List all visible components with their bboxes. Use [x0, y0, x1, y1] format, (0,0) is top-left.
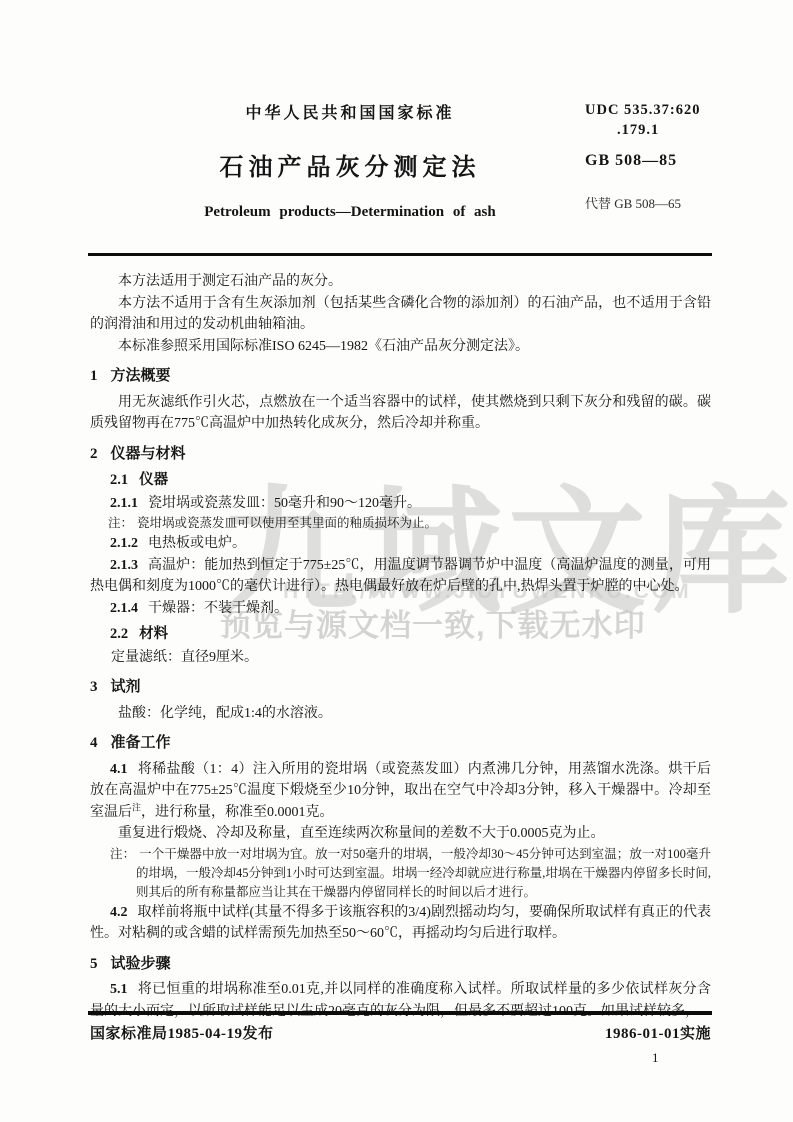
intro-paragraph-2: 本方法不适用于含有生灰添加剂（包括某些含磷化合物的添加剂）的石油产品，也不适用于… [90, 293, 711, 336]
document-body: 本方法适用于测定石油产品的灰分。 本方法不适用于含有生灰添加剂（包括某些含磷化合… [90, 271, 711, 1022]
section-1-heading: 1方法概要 [90, 366, 711, 388]
clause-4-2-text: 取样前将瓶中试样(其量不得多于该瓶容积的3/4)剧烈摇动均匀，要确保所取试样有真… [90, 905, 711, 942]
clause-4-1-note: 注：一个干燥器中放一对坩埚为宜。放一对50毫升的坩埚，一般冷却30～45分钟可达… [90, 845, 711, 902]
section-2-number: 2 [90, 446, 98, 462]
clause-5-1-number: 5.1 [110, 982, 128, 997]
clause-2-1-1-number: 2.1.1 [110, 496, 138, 511]
section-1-title: 方法概要 [111, 368, 171, 384]
clause-4-1: 4.1将稀盐酸（1：4）注入所用的瓷坩埚（或瓷蒸发皿）内煮沸几分钟，用蒸馏水洗涤… [90, 759, 711, 824]
national-standard-label: 中华人民共和国国家标准 [90, 100, 610, 123]
clause-2-1-1-text: 瓷坩埚或瓷蒸发皿：50毫升和90～120毫升。 [148, 496, 421, 511]
section-5-title: 试验步骤 [111, 956, 171, 972]
header-divider-rule [88, 253, 712, 256]
header-title-block: 中华人民共和国国家标准 石油产品灰分测定法 Petroleum products… [90, 100, 610, 221]
section-3-number: 3 [90, 679, 98, 695]
document-page: 九域文库 HTTP://WWW.JIUYUWENKU.COM 预览与源文档一致,… [0, 0, 793, 1122]
section-3-title: 试剂 [111, 679, 141, 695]
udc-code-line2: .179.1 [585, 122, 735, 139]
section-1-paragraph: 用无灰滤纸作引火芯，点燃放在一个适当容器中的试样，使其燃烧到只剩下灰分和残留的碳… [90, 392, 711, 435]
document-title: 石油产品灰分测定法 [90, 147, 610, 182]
section-2-heading: 2仪器与材料 [90, 444, 711, 466]
footer-divider-rule [88, 1011, 712, 1015]
clause-2-1-4-text: 干燥器：不装干燥剂。 [148, 601, 288, 616]
clause-2-1-2-text: 电热板或电炉。 [148, 536, 246, 551]
section-2-title: 仪器与材料 [111, 446, 186, 462]
clause-4-1-note-reference: 注 [132, 802, 141, 812]
clause-2-1-1-note: 注：瓷坩埚或瓷蒸发皿可以使用至其里面的釉质损坏为止。 [90, 514, 711, 533]
section-2-1-heading: 2.1仪器 [90, 470, 711, 492]
clause-4-1-repeat-paragraph: 重复进行煅烧、冷却及称量，直至连续两次称量间的差数不大于0.0005克为止。 [90, 823, 711, 845]
page-number: 1 [652, 1050, 659, 1066]
clause-2-1-3-number: 2.1.3 [110, 558, 138, 573]
note-label: 注： [110, 847, 135, 861]
section-4-number: 4 [90, 735, 98, 751]
intro-paragraph-3: 本标准参照采用国际标准ISO 6245—1982《石油产品灰分测定法》。 [90, 336, 711, 358]
implementation-date: 1986-01-01实施 [605, 1022, 711, 1043]
document-footer: 国家标准局1985-04-19发布 1986-01-01实施 [90, 1022, 711, 1043]
section-2-2-paragraph: 定量滤纸：直径9厘米。 [90, 647, 711, 669]
udc-code-line1: UDC 535.37:620 [585, 102, 735, 119]
note-text: 一个干燥器中放一对坩埚为宜。放一对50毫升的坩埚，一般冷却30～45分钟可达到室… [136, 847, 711, 899]
clause-2-1-4-number: 2.1.4 [110, 601, 138, 616]
clause-2-1-2-number: 2.1.2 [110, 536, 138, 551]
clause-2-1-2: 2.1.2电热板或电炉。 [90, 533, 711, 555]
section-2-1-title: 仪器 [139, 472, 168, 488]
clause-2-1-1: 2.1.1瓷坩埚或瓷蒸发皿：50毫升和90～120毫升。 [90, 493, 711, 515]
document-title-english: Petroleum products—Determination of ash [90, 204, 610, 221]
section-3-paragraph: 盐酸：化学纯，配成1:4的水溶液。 [90, 703, 711, 725]
section-2-1-number: 2.1 [110, 472, 128, 488]
clause-4-1-number: 4.1 [110, 762, 128, 777]
clause-2-1-3-text: 高温炉：能加热到恒定于775±25℃，用温度调节器调节炉中温度（高温炉温度的测量… [90, 558, 711, 595]
replaces-standard-note: 代替 GB 508—65 [585, 193, 735, 212]
note-label: 注： [108, 516, 133, 530]
intro-paragraph-1: 本方法适用于测定石油产品的灰分。 [90, 271, 711, 293]
section-2-2-heading: 2.2材料 [90, 624, 711, 646]
section-2-2-number: 2.2 [110, 626, 128, 642]
section-1-number: 1 [90, 368, 98, 384]
section-4-title: 准备工作 [111, 735, 171, 751]
section-4-heading: 4准备工作 [90, 733, 711, 755]
issue-date: 国家标准局1985-04-19发布 [90, 1022, 274, 1043]
section-3-heading: 3试剂 [90, 677, 711, 699]
note-text: 瓷坩埚或瓷蒸发皿可以使用至其里面的釉质损坏为止。 [137, 516, 437, 530]
clause-2-1-3: 2.1.3高温炉：能加热到恒定于775±25℃，用温度调节器调节炉中温度（高温炉… [90, 555, 711, 598]
clause-4-1-text-part2: ，进行称量，称准至0.0001克。 [141, 805, 334, 820]
clause-5-1: 5.1将已恒重的坩埚称准至0.01克,并以同样的准确度称入试样。所取试样量的多少… [90, 979, 711, 1022]
clause-4-2-number: 4.2 [110, 905, 128, 920]
clause-4-2: 4.2取样前将瓶中试样(其量不得多于该瓶容积的3/4)剧烈摇动均匀，要确保所取试… [90, 902, 711, 945]
section-5-heading: 5试验步骤 [90, 954, 711, 976]
header-code-block: UDC 535.37:620 .179.1 GB 508—85 代替 GB 50… [585, 102, 735, 212]
standard-number: GB 508—85 [585, 152, 735, 170]
section-2-2-title: 材料 [139, 626, 168, 642]
section-5-number: 5 [90, 956, 98, 972]
clause-2-1-4: 2.1.4干燥器：不装干燥剂。 [90, 598, 711, 620]
